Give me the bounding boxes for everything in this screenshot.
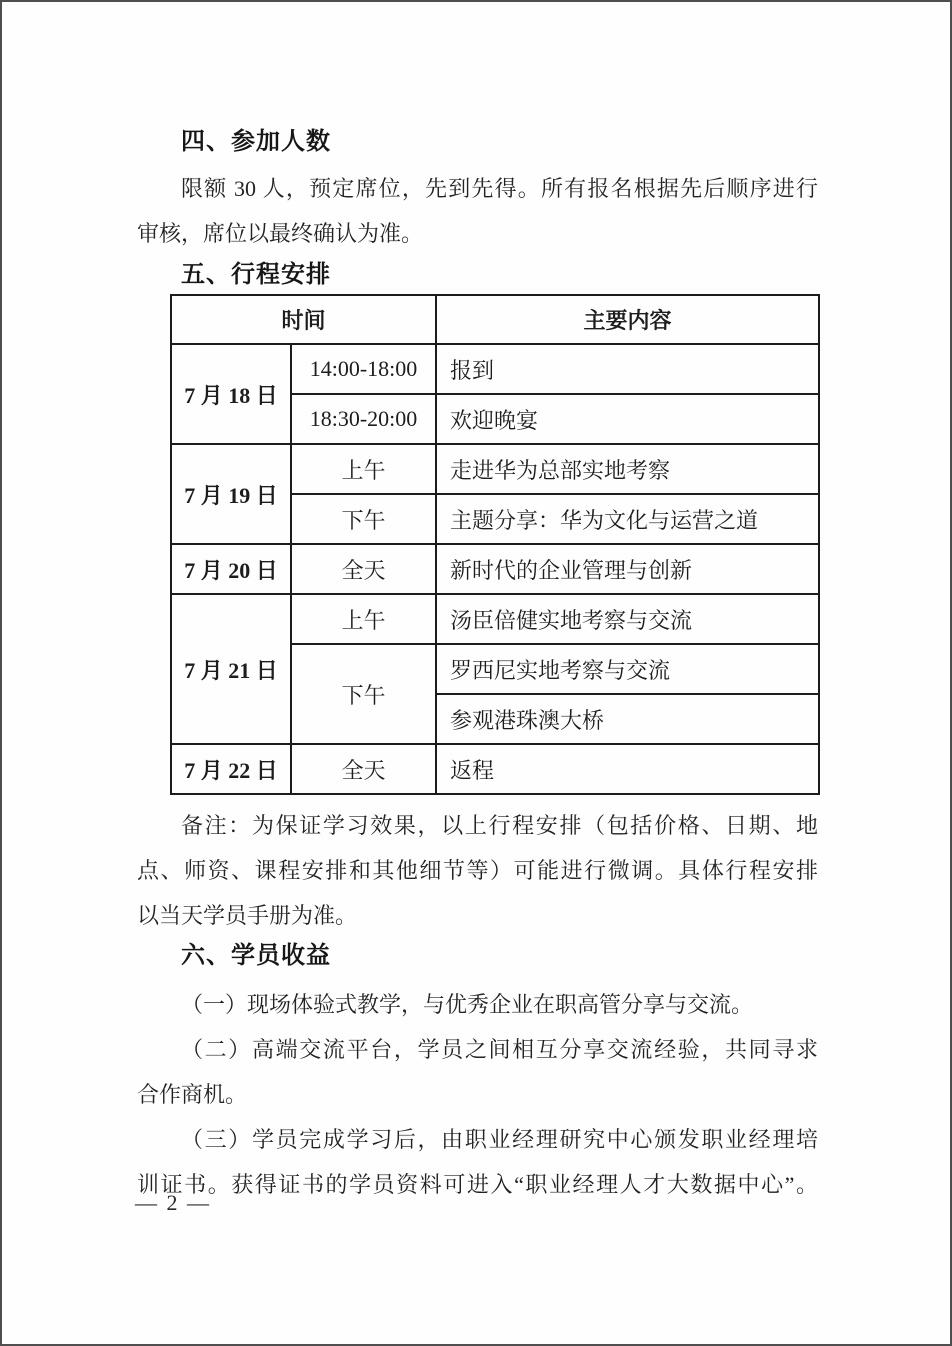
- document-content: 四、参加人数 限额 30 人，预定席位，先到先得。所有报名根据先后顺序进行 审核…: [2, 126, 950, 1207]
- paragraph-line: 限额 30 人，预定席位，先到先得。所有报名根据先后顺序进行: [137, 166, 818, 211]
- table-row: 7 月 19 日 上午 走进华为总部实地考察: [171, 444, 819, 494]
- content-cell: 参观港珠澳大桥: [436, 694, 819, 744]
- itinerary-table: 时间 主要内容 7 月 18 日 14:00-18:00 报到 18:30-20…: [170, 294, 820, 795]
- page-number: — 2 —: [135, 1188, 211, 1218]
- time-cell: 下午: [291, 494, 436, 544]
- date-cell: 7 月 20 日: [171, 544, 291, 594]
- date-cell: 7 月 18 日: [171, 344, 291, 444]
- benefits-paragraphs: （一）现场体验式教学，与优秀企业在职高管分享与交流。 （二）高端交流平台，学员之…: [137, 982, 818, 1207]
- date-cell: 7 月 22 日: [171, 744, 291, 794]
- date-cell: 7 月 19 日: [171, 444, 291, 544]
- content-cell: 罗西尼实地考察与交流: [436, 644, 819, 694]
- paragraph-line: （二）高端交流平台，学员之间相互分享交流经验，共同寻求: [137, 1027, 818, 1072]
- content-header-cell: 主要内容: [436, 295, 819, 344]
- table-header-row: 时间 主要内容: [171, 295, 819, 344]
- content-cell: 走进华为总部实地考察: [436, 444, 819, 494]
- paragraph-line: 以当天学员手册为准。: [137, 893, 818, 938]
- itinerary-note-paragraph: 备注：为保证学习效果，以上行程安排（包括价格、日期、地 点、师资、课程安排和其他…: [137, 803, 818, 938]
- paragraph-line: 训证书。获得证书的学员资料可进入“职业经理人才大数据中心”。: [137, 1162, 818, 1207]
- content-cell: 汤臣倍健实地考察与交流: [436, 594, 819, 644]
- section-heading-itinerary: 五、行程安排: [137, 259, 818, 291]
- document-page: 四、参加人数 限额 30 人，预定席位，先到先得。所有报名根据先后顺序进行 审核…: [0, 0, 952, 1346]
- time-cell: 全天: [291, 744, 436, 794]
- time-cell: 下午: [291, 644, 436, 744]
- table-row: 7 月 21 日 上午 汤臣倍健实地考察与交流: [171, 594, 819, 644]
- content-cell: 主题分享：华为文化与运营之道: [436, 494, 819, 544]
- paragraph-line: 审核，席位以最终确认为准。: [137, 211, 818, 256]
- paragraph-line: （一）现场体验式教学，与优秀企业在职高管分享与交流。: [137, 982, 818, 1027]
- table-row: 7 月 22 日 全天 返程: [171, 744, 819, 794]
- date-cell: 7 月 21 日: [171, 594, 291, 744]
- time-cell: 14:00-18:00: [291, 344, 436, 394]
- time-cell: 上午: [291, 594, 436, 644]
- table-row: 7 月 18 日 14:00-18:00 报到: [171, 344, 819, 394]
- content-cell: 返程: [436, 744, 819, 794]
- content-cell: 报到: [436, 344, 819, 394]
- paragraph-line: 备注：为保证学习效果，以上行程安排（包括价格、日期、地: [137, 803, 818, 848]
- time-cell: 18:30-20:00: [291, 394, 436, 444]
- time-header-cell: 时间: [171, 295, 436, 344]
- time-cell: 上午: [291, 444, 436, 494]
- time-cell: 全天: [291, 544, 436, 594]
- table-row: 7 月 20 日 全天 新时代的企业管理与创新: [171, 544, 819, 594]
- content-cell: 欢迎晚宴: [436, 394, 819, 444]
- paragraph-line: （三）学员完成学习后，由职业经理研究中心颁发职业经理培: [137, 1117, 818, 1162]
- section-heading-participants: 四、参加人数: [137, 126, 818, 158]
- paragraph-line: 合作商机。: [137, 1072, 818, 1117]
- content-cell: 新时代的企业管理与创新: [436, 544, 819, 594]
- paragraph-line: 点、师资、课程安排和其他细节等）可能进行微调。具体行程安排: [137, 848, 818, 893]
- participants-paragraph: 限额 30 人，预定席位，先到先得。所有报名根据先后顺序进行 审核，席位以最终确…: [137, 166, 818, 256]
- section-heading-benefits: 六、学员收益: [137, 940, 818, 972]
